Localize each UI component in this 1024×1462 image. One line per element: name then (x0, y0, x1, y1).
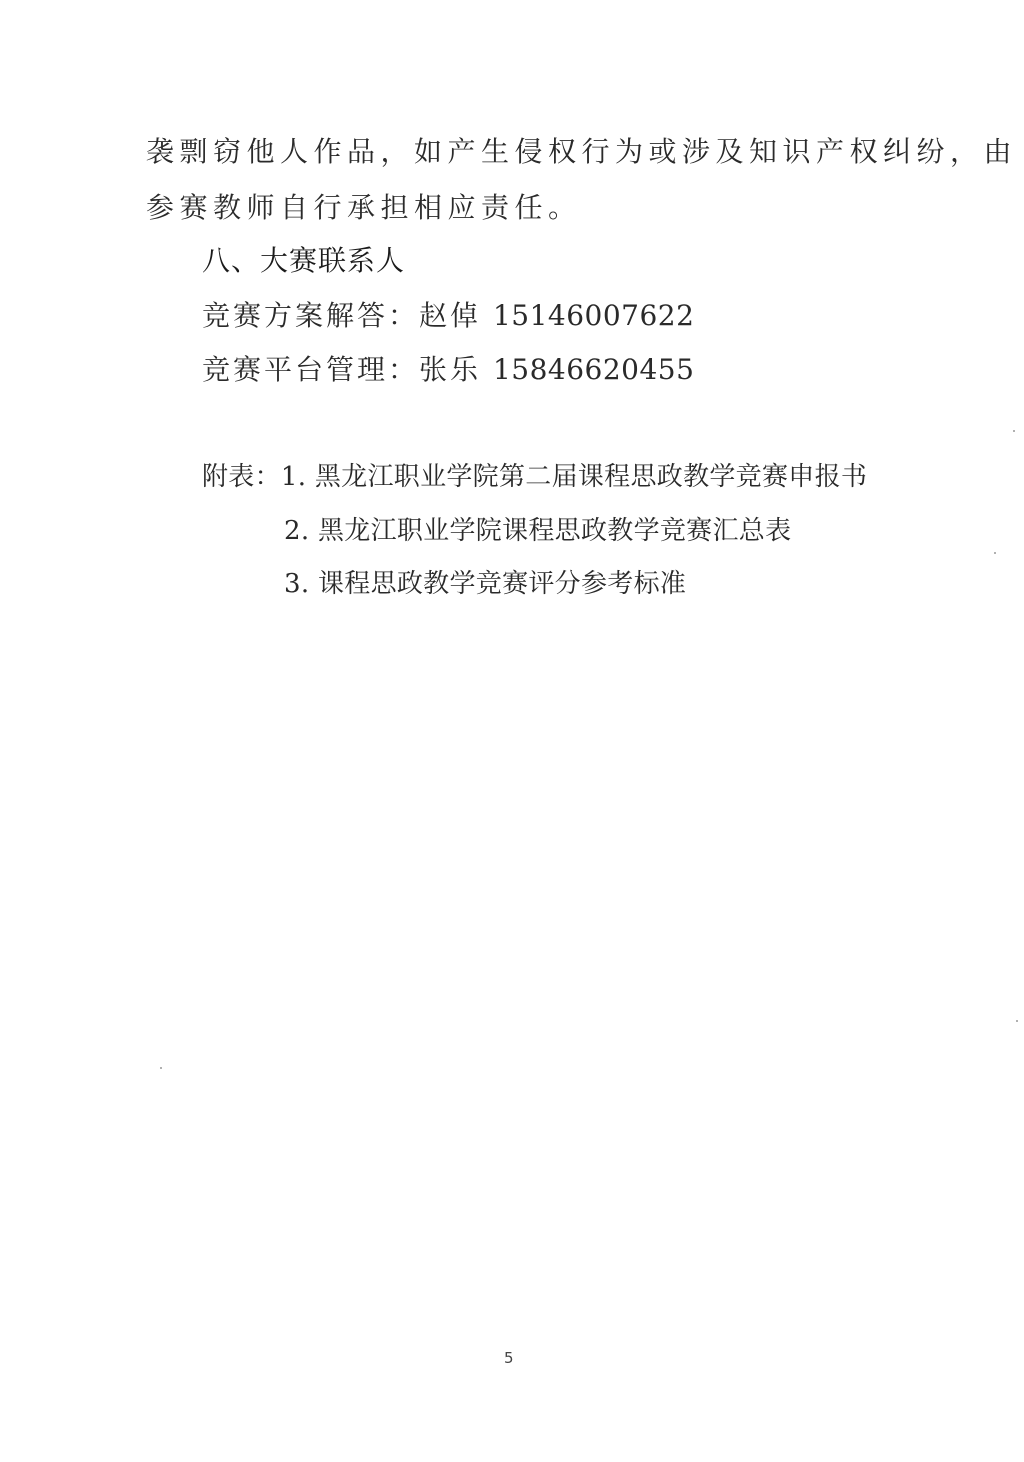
paragraph-line-1: 袭剽窃他人作品，如产生侵权行为或涉及知识产权纠纷，由 (146, 134, 1017, 170)
attachment-item: 2. 黑龙江职业学院课程思政教学竞赛汇总表 (284, 513, 791, 549)
scan-speck (1013, 430, 1015, 432)
contact-role: 竞赛平台管理： (202, 353, 419, 386)
scan-speck (994, 552, 996, 554)
scan-speck (1016, 1020, 1018, 1022)
section-heading: 八、大赛联系人 (202, 243, 405, 279)
contact-phone: 15146007622 (493, 299, 694, 332)
paragraph-line-2: 参赛教师自行承担相应责任。 (146, 190, 582, 226)
attachment-item: 1. 黑龙江职业学院第二届课程思政教学竞赛申报书 (281, 462, 867, 492)
contact-name: 赵倬 (419, 299, 481, 332)
contact-name: 张乐 (419, 353, 481, 386)
contact-phone: 15846620455 (493, 353, 694, 386)
attachment-item: 3. 课程思政教学竞赛评分参考标准 (284, 566, 686, 602)
contact-row: 竞赛平台管理：张乐 15846620455 (202, 352, 694, 388)
contact-row: 竞赛方案解答：赵倬 15146007622 (202, 298, 694, 334)
scan-speck (160, 1067, 162, 1069)
contact-role: 竞赛方案解答： (202, 299, 419, 332)
page-number: 5 (504, 1349, 514, 1367)
attachment-row: 附表：1. 黑龙江职业学院第二届课程思政教学竞赛申报书 (202, 459, 867, 495)
attachments-label: 附表： (202, 462, 281, 492)
